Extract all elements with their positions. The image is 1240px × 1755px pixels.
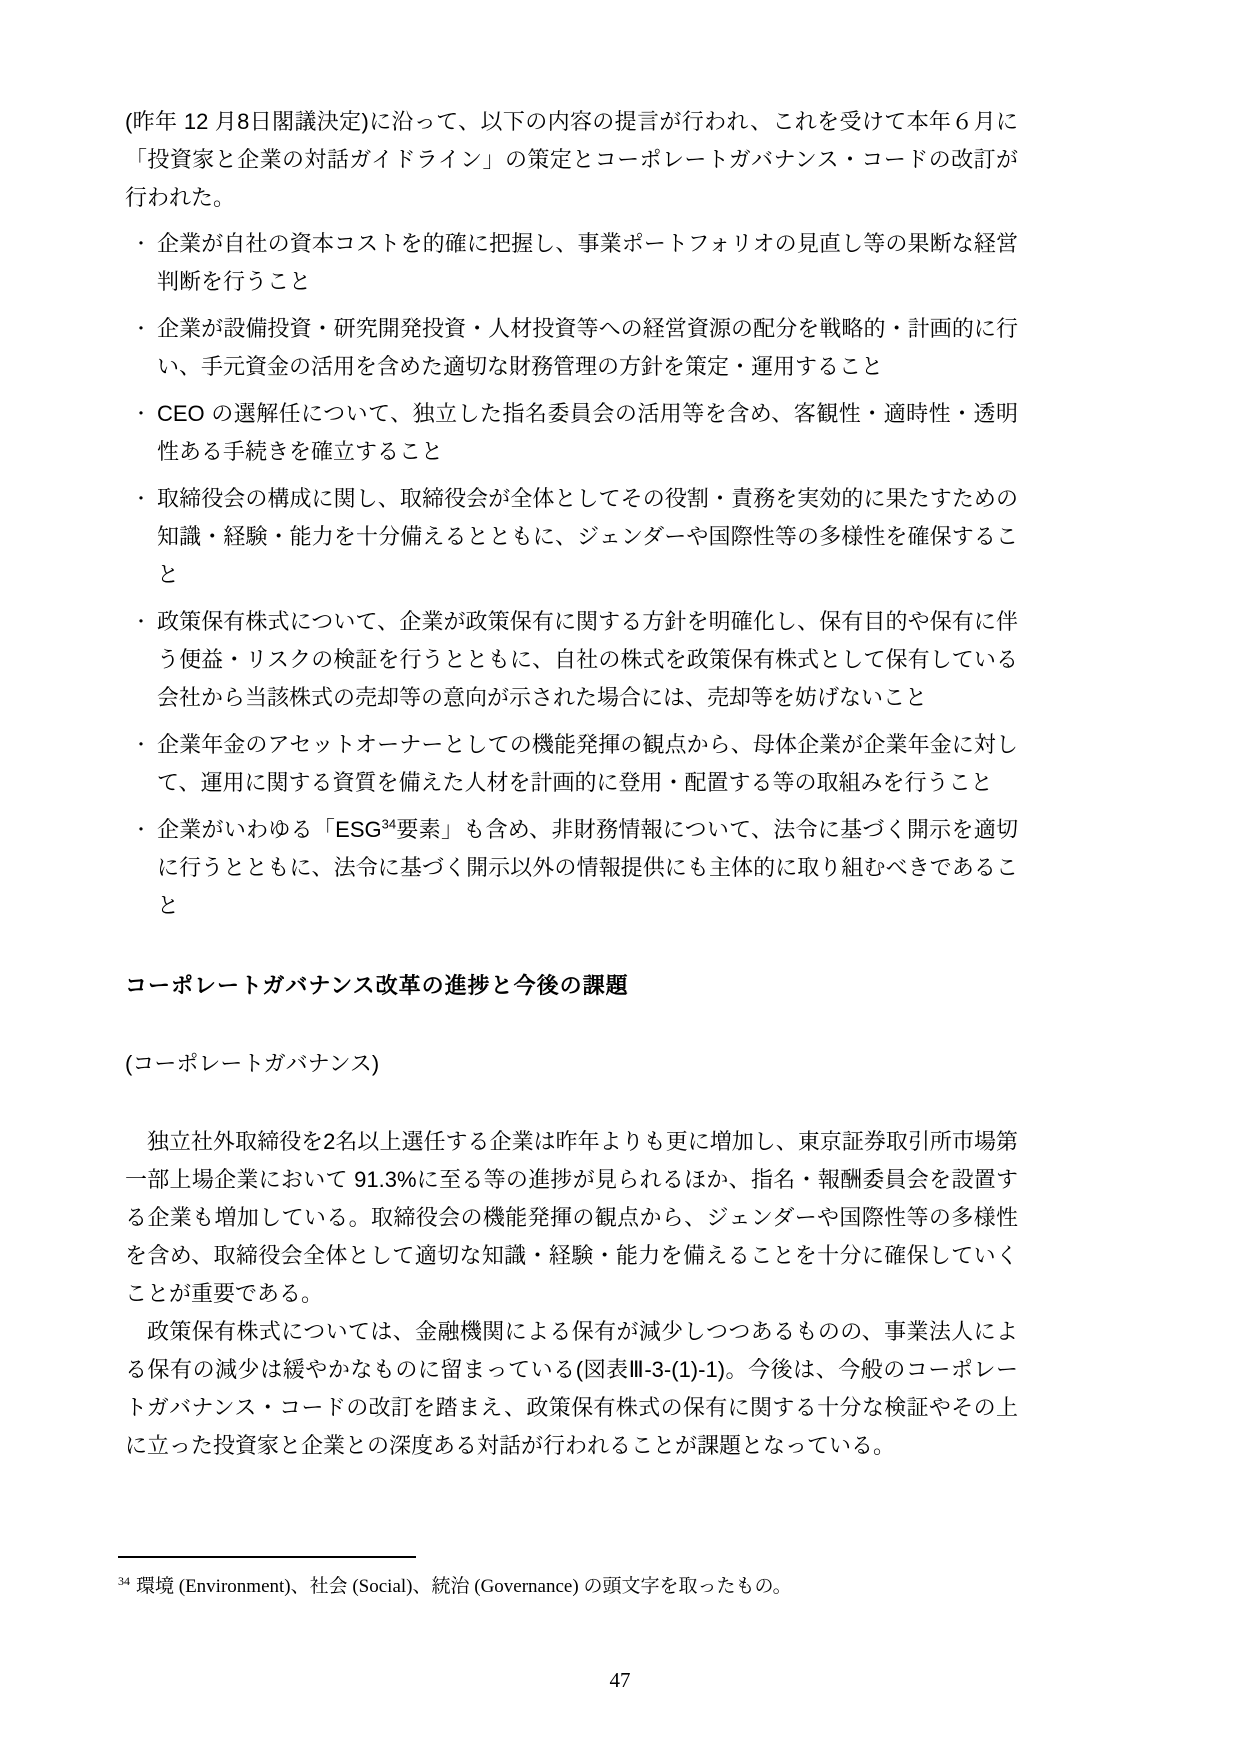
section-heading: コーポレートガバナンス改革の進捗と今後の課題: [125, 967, 1018, 1005]
bullet-marker: ・: [125, 811, 157, 925]
bullet-list: ・ 企業が自社の資本コストを的確に把握し、事業ポートフォリオの見直し等の果断な経…: [125, 225, 1018, 925]
bullet-marker: ・: [125, 480, 157, 594]
bullet-item: ・ 企業がいわゆる「ESG34要素」も含め、非財務情報について、法令に基づく開示…: [125, 811, 1018, 925]
bullet-text-pre: 企業がいわゆる「ESG: [157, 817, 382, 842]
bullet-item: ・ 政策保有株式について、企業が政策保有に関する方針を明確化し、保有目的や保有に…: [125, 603, 1018, 717]
bullet-text: CEO の選解任について、独立した指名委員会の活用等を含め、客観性・適時性・透明…: [157, 395, 1018, 471]
footnote-number: 34: [118, 1574, 130, 1588]
bullet-text: 取締役会の構成に関し、取締役会が全体としてその役割・責務を実効的に果たすための知…: [157, 480, 1018, 594]
bullet-marker: ・: [125, 310, 157, 386]
bullet-text: 政策保有株式について、企業が政策保有に関する方針を明確化し、保有目的や保有に伴う…: [157, 603, 1018, 717]
bullet-item: ・ CEO の選解任について、独立した指名委員会の活用等を含め、客観性・適時性・…: [125, 395, 1018, 471]
body-paragraph: 政策保有株式については、金融機関による保有が減少しつつあるものの、事業法人による…: [125, 1313, 1018, 1465]
bullet-item: ・ 企業が設備投資・研究開発投資・人材投資等への経営資源の配分を戦略的・計画的に…: [125, 310, 1018, 386]
section-subheading: (コーポレートガバナンス): [125, 1045, 1018, 1083]
footnote-ref-marker: 34: [382, 817, 396, 832]
bullet-marker: ・: [125, 225, 157, 301]
body-paragraph: 独立社外取締役を2名以上選任する企業は昨年よりも更に増加し、東京証券取引所市場第…: [125, 1123, 1018, 1313]
footnote-area: 34環境 (Environment)、社会 (Social)、統治 (Gover…: [118, 1556, 1018, 1602]
footnote-text: 環境 (Environment)、社会 (Social)、統治 (Governa…: [136, 1576, 792, 1597]
bullet-item: ・ 企業が自社の資本コストを的確に把握し、事業ポートフォリオの見直し等の果断な経…: [125, 225, 1018, 301]
bullet-item: ・ 取締役会の構成に関し、取締役会が全体としてその役割・責務を実効的に果たすため…: [125, 480, 1018, 594]
footnote: 34環境 (Environment)、社会 (Social)、統治 (Gover…: [118, 1572, 1018, 1602]
bullet-text: 企業が自社の資本コストを的確に把握し、事業ポートフォリオの見直し等の果断な経営判…: [157, 225, 1018, 301]
bullet-text: 企業が設備投資・研究開発投資・人材投資等への経営資源の配分を戦略的・計画的に行い…: [157, 310, 1018, 386]
intro-paragraph: (昨年 12 月8日閣議決定)に沿って、以下の内容の提言が行われ、これを受けて本…: [125, 103, 1018, 217]
bullet-text: 企業がいわゆる「ESG34要素」も含め、非財務情報について、法令に基づく開示を適…: [157, 811, 1018, 925]
bullet-text: 企業年金のアセットオーナーとしての機能発揮の観点から、母体企業が企業年金に対して…: [157, 726, 1018, 802]
bullet-marker: ・: [125, 726, 157, 802]
bullet-marker: ・: [125, 603, 157, 717]
footnote-divider: [118, 1556, 416, 1558]
page-number: 47: [0, 1668, 1240, 1693]
document-page: (昨年 12 月8日閣議決定)に沿って、以下の内容の提言が行われ、これを受けて本…: [0, 0, 1240, 1755]
bullet-marker: ・: [125, 395, 157, 471]
bullet-item: ・ 企業年金のアセットオーナーとしての機能発揮の観点から、母体企業が企業年金に対…: [125, 726, 1018, 802]
page-content: (昨年 12 月8日閣議決定)に沿って、以下の内容の提言が行われ、これを受けて本…: [125, 103, 1018, 1465]
